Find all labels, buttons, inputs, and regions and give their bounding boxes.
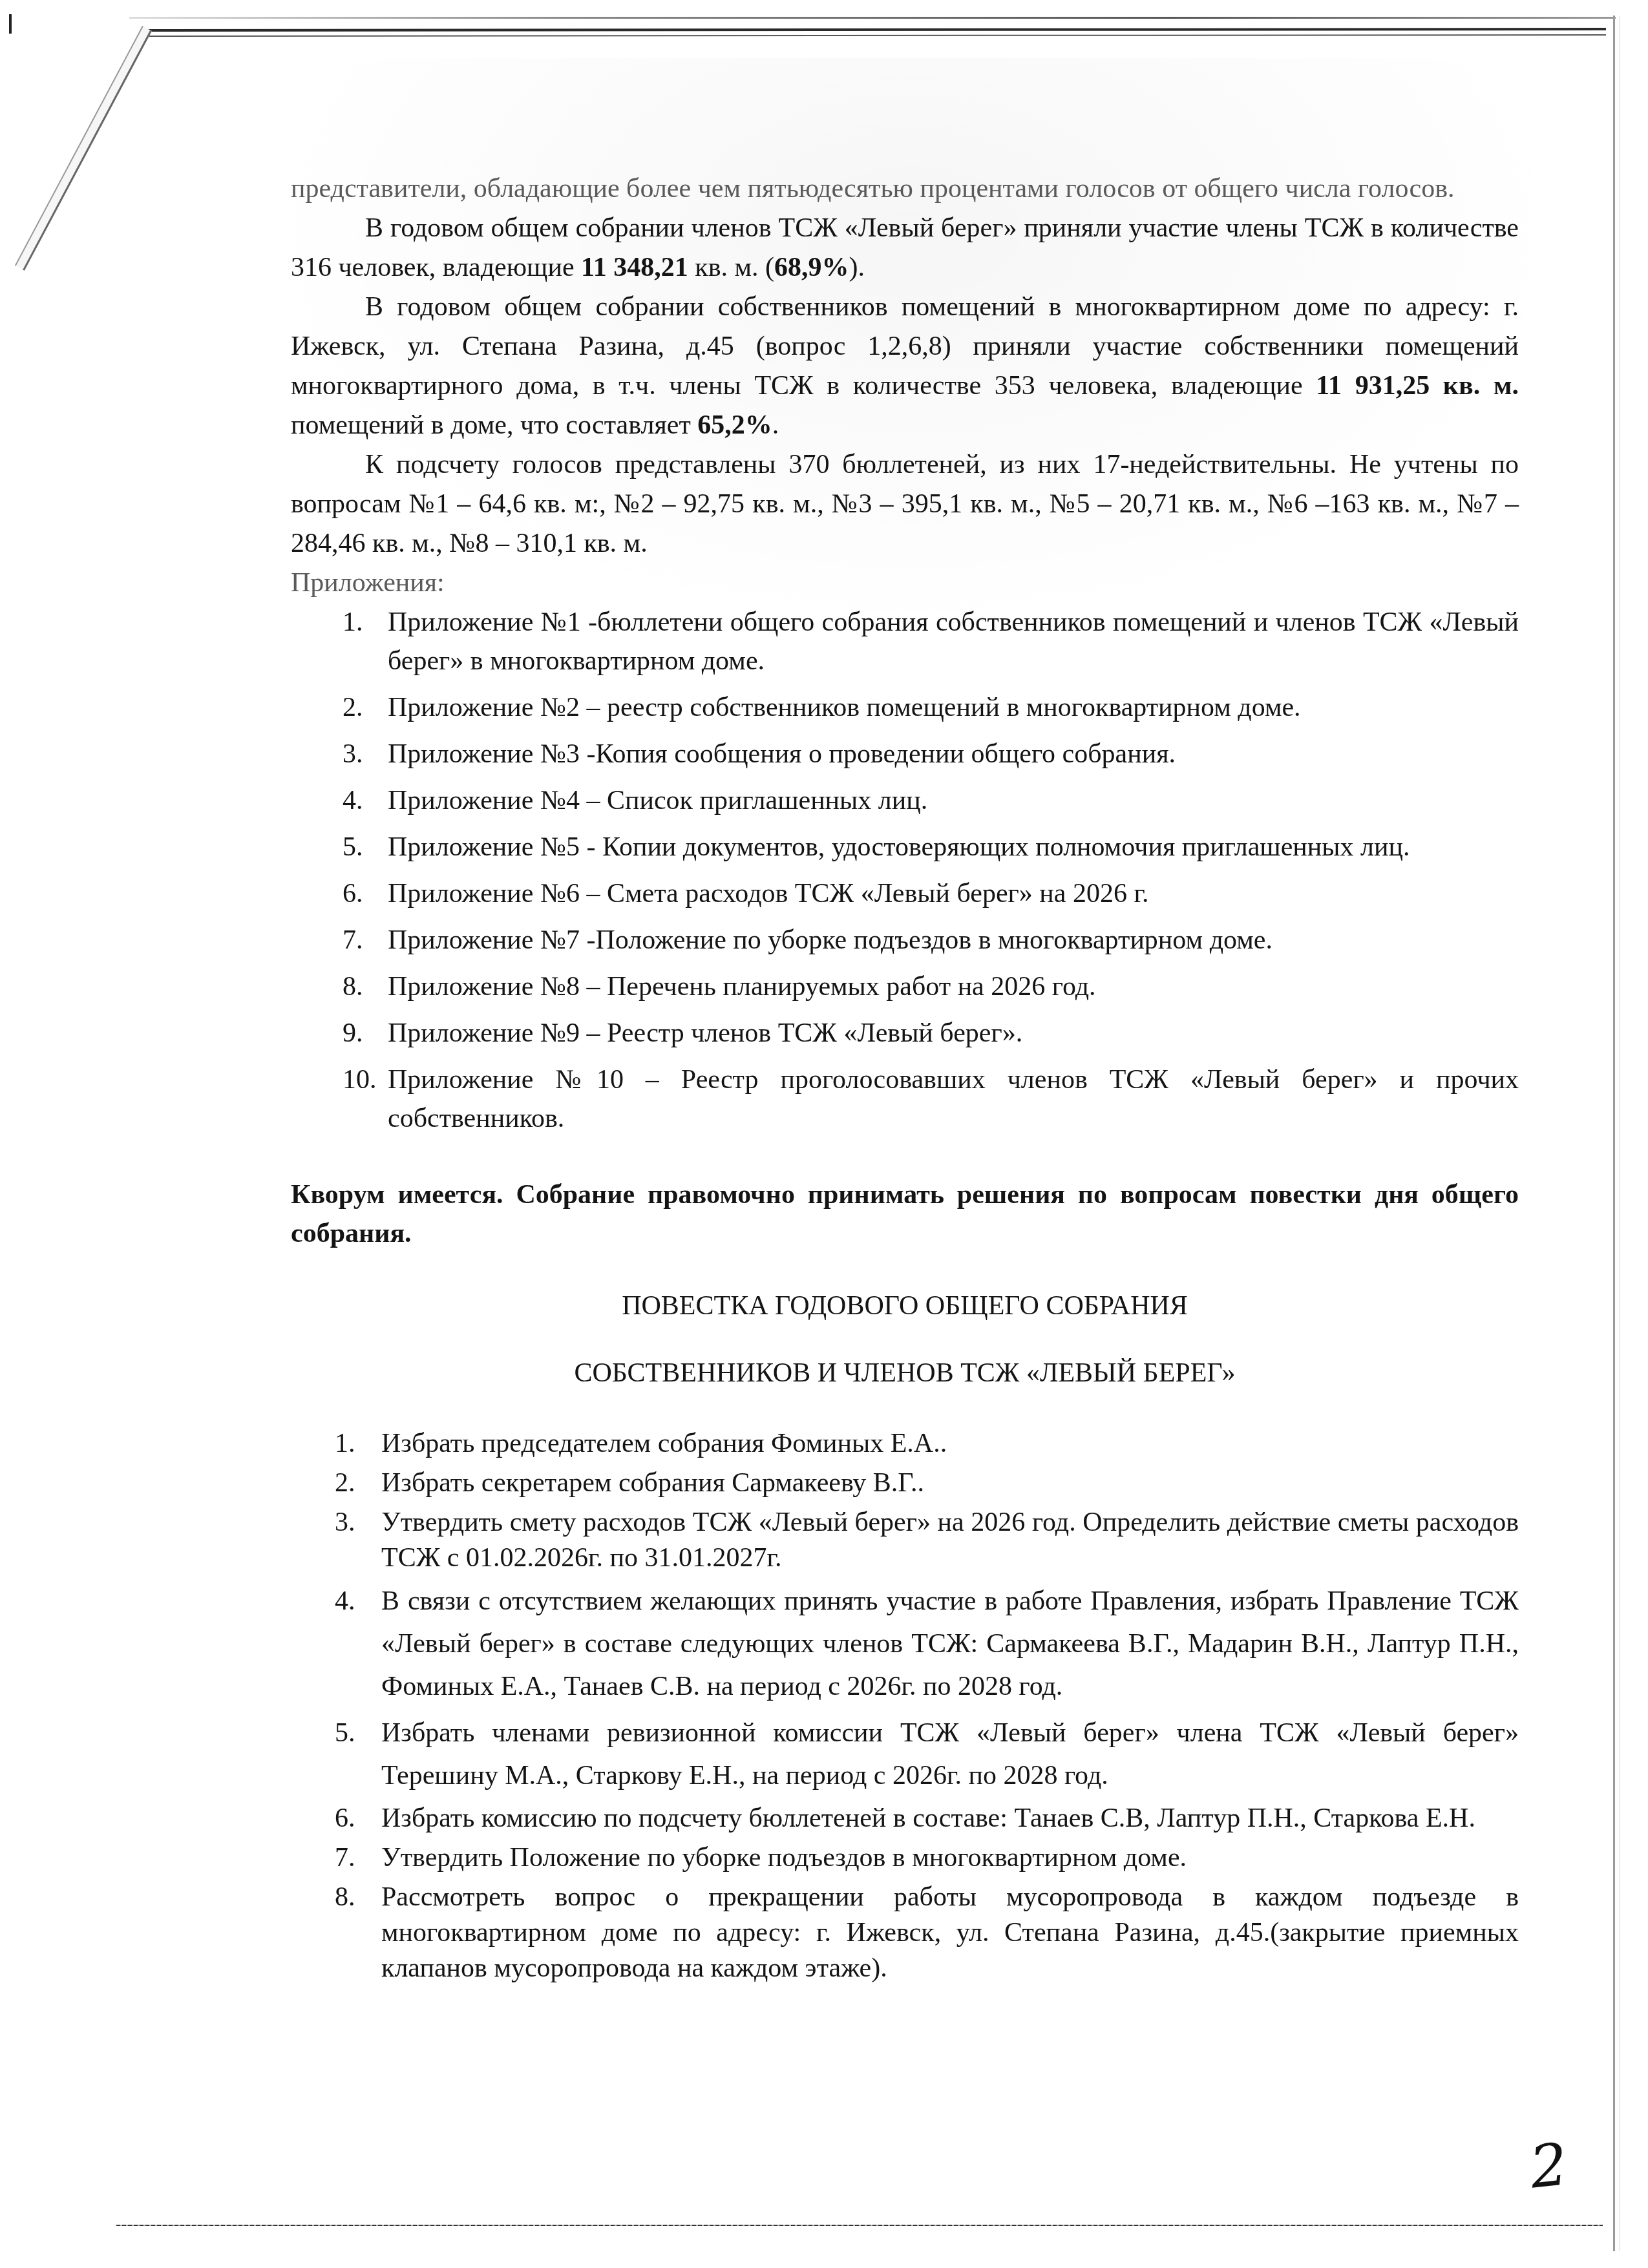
appendix-item-number: 2. <box>343 688 363 727</box>
agenda-item: 1.Избрать председателем собрания Фоминых… <box>291 1426 1519 1462</box>
agenda-item: 4.В связи с отсутствием желающих принять… <box>291 1580 1519 1708</box>
scan-edge-right-inner <box>1620 16 1620 2251</box>
scan-edge-top-outer <box>129 17 1616 19</box>
appendix-item: 1.Приложение №1 -бюллетени общего собран… <box>291 603 1519 680</box>
agenda-item-number: 5. <box>335 1712 355 1754</box>
appendix-item: 4.Приложение №4 – Список приглашенных ли… <box>291 781 1519 820</box>
appendix-item-text: Приложение №3 -Копия сообщения о проведе… <box>388 739 1176 769</box>
members-area: 11 348,21 <box>581 253 688 282</box>
appendices-label: Приложения: <box>291 563 1519 603</box>
owners-tail: . <box>772 410 779 440</box>
appendix-item-text: Приложение №1 -бюллетени общего собрания… <box>388 607 1519 676</box>
agenda-item-text: В связи с отсутствием желающих принять у… <box>381 1586 1519 1701</box>
paragraph-owners-participation: В годовом общем собрании собственников п… <box>291 288 1519 445</box>
owners-area: 11 931,25 кв. м. <box>1316 371 1519 401</box>
appendix-item-number: 9. <box>343 1014 363 1053</box>
handwritten-page-number: 2 <box>1527 2130 1571 2201</box>
agenda-item-number: 2. <box>335 1465 355 1501</box>
appendix-item-text: Приложение №4 – Список приглашенных лиц. <box>388 786 927 815</box>
appendix-item-number: 5. <box>343 828 363 866</box>
agenda-item-number: 7. <box>335 1840 355 1876</box>
appendix-item: 9.Приложение №9 – Реестр членов ТСЖ «Лев… <box>291 1014 1519 1053</box>
appendix-item: 3.Приложение №3 -Копия сообщения о прове… <box>291 735 1519 773</box>
agenda-item-number: 3. <box>335 1505 355 1540</box>
agenda-item: 6.Избрать комиссию по подсчету бюллетене… <box>291 1801 1519 1836</box>
agenda-item-text: Рассмотреть вопрос о прекращении работы … <box>381 1882 1519 1983</box>
owners-percent: 65,2% <box>697 410 772 440</box>
agenda-item-number: 4. <box>335 1580 355 1622</box>
quorum-statement: Кворум имеется. Собрание правомочно прин… <box>291 1175 1519 1253</box>
agenda-item-text: Утвердить смету расходов ТСЖ «Левый бере… <box>381 1507 1519 1573</box>
agenda-list: 1.Избрать председателем собрания Фоминых… <box>291 1426 1519 1986</box>
members-percent: 68,9% <box>774 253 849 282</box>
appendix-item-number: 1. <box>343 603 363 642</box>
appendix-item-text: Приложение №9 – Реестр членов ТСЖ «Левый… <box>388 1018 1022 1048</box>
intro-continuation: представители, обладающие более чем пять… <box>291 169 1519 209</box>
agenda-item-text: Избрать секретарем собрания Сармакееву В… <box>381 1468 924 1498</box>
scan-edge-top <box>145 28 1606 37</box>
agenda-item: 8.Рассмотреть вопрос о прекращении работ… <box>291 1880 1519 1986</box>
appendix-item-text: Приложение №6 – Смета расходов ТСЖ «Левы… <box>388 879 1148 908</box>
appendices-list: 1.Приложение №1 -бюллетени общего собран… <box>291 603 1519 1138</box>
appendix-item: 10.Приложение №10 – Реестр проголосовавш… <box>291 1060 1519 1138</box>
appendix-item: 8.Приложение №8 – Перечень планируемых р… <box>291 967 1519 1006</box>
appendix-item-number: 6. <box>343 874 363 913</box>
members-text: В годовом общем собрании членов ТСЖ «Лев… <box>291 213 1519 282</box>
agenda-item: 7.Утвердить Положение по уборке подъездо… <box>291 1840 1519 1876</box>
agenda-item-number: 6. <box>335 1801 355 1836</box>
appendix-item-text: Приложение №7 -Положение по уборке подъе… <box>388 925 1273 955</box>
paragraph-members-participation: В годовом общем собрании членов ТСЖ «Лев… <box>291 209 1519 288</box>
appendix-item: 5.Приложение №5 - Копии документов, удос… <box>291 828 1519 866</box>
agenda-title-line2: СОБСТВЕННИКОВ И ЧЛЕНОВ ТСЖ «ЛЕВЫЙ БЕРЕГ» <box>291 1354 1519 1392</box>
appendix-item-number: 10. <box>343 1060 377 1099</box>
agenda-item-number: 1. <box>335 1426 355 1462</box>
scan-edge-bottom <box>116 2225 1603 2226</box>
agenda-item: 2.Избрать секретарем собрания Сармакееву… <box>291 1465 1519 1501</box>
members-tail: ). <box>849 253 865 282</box>
appendix-item-number: 3. <box>343 735 363 773</box>
appendix-item-number: 8. <box>343 967 363 1006</box>
scan-edge-left <box>9 14 12 34</box>
appendix-item-number: 7. <box>343 921 363 960</box>
document-page: представители, обладающие более чем пять… <box>291 169 1519 1986</box>
scan-edge-right <box>1613 16 1615 2251</box>
agenda-item: 5.Избрать членами ревизионной комиссии Т… <box>291 1712 1519 1797</box>
appendix-item-text: Приложение №8 – Перечень планируемых раб… <box>388 972 1096 1002</box>
agenda-item-text: Избрать комиссию по подсчету бюллетеней … <box>381 1803 1475 1833</box>
agenda-title-line1: ПОВЕСТКА ГОДОВОГО ОБЩЕГО СОБРАНИЯ <box>291 1286 1519 1325</box>
agenda-item: 3.Утвердить смету расходов ТСЖ «Левый бе… <box>291 1505 1519 1576</box>
appendix-item-text: Приложение №5 - Копии документов, удосто… <box>388 832 1410 862</box>
appendix-item-text: Приложение №10 – Реестр проголосовавших … <box>388 1065 1519 1133</box>
agenda-item-text: Утвердить Положение по уборке подъездов … <box>381 1843 1187 1873</box>
agenda-item-text: Избрать председателем собрания Фоминых Е… <box>381 1429 947 1458</box>
members-unit: кв. м. ( <box>688 253 774 282</box>
appendix-item-number: 4. <box>343 781 363 820</box>
appendix-item: 6.Приложение №6 – Смета расходов ТСЖ «Ле… <box>291 874 1519 913</box>
paragraph-ballot-count: К подсчету голосов представлены 370 бюлл… <box>291 445 1519 563</box>
page-corner-fold <box>15 26 152 271</box>
agenda-item-text: Избрать членами ревизионной комиссии ТСЖ… <box>381 1718 1519 1790</box>
owners-mid: помещений в доме, что составляет <box>291 410 697 440</box>
appendix-item-text: Приложение №2 – реестр собственников пом… <box>388 693 1301 722</box>
appendix-item: 7.Приложение №7 -Положение по уборке под… <box>291 921 1519 960</box>
agenda-item-number: 8. <box>335 1880 355 1915</box>
appendix-item: 2.Приложение №2 – реестр собственников п… <box>291 688 1519 727</box>
